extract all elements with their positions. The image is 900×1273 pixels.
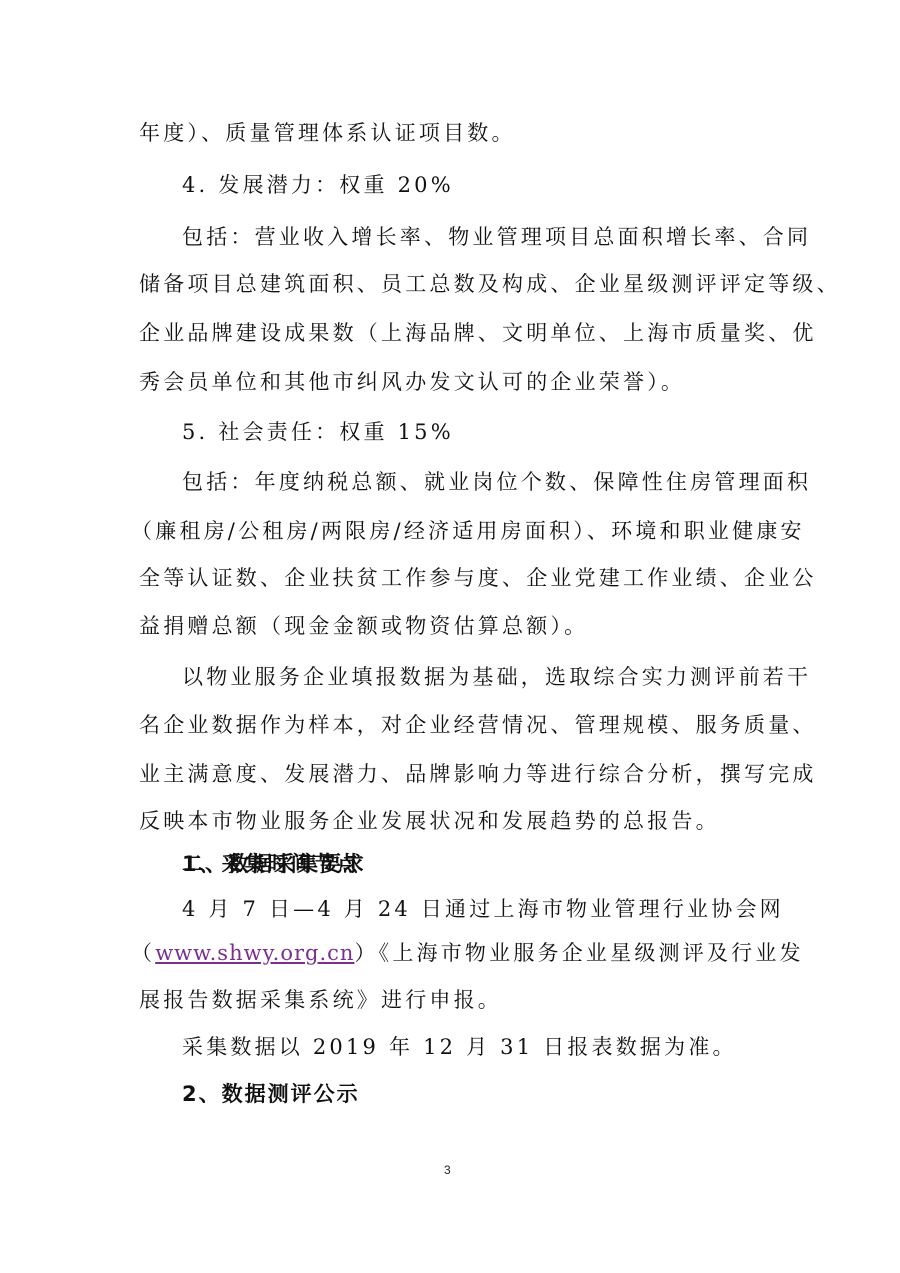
paragraph-line: 企业品牌建设成果数（上海品牌、文明单位、上海市质量奖、优 xyxy=(139,321,817,345)
paragraph-line: 包括：年度纳税总额、就业岗位个数、保障性住房管理面积 xyxy=(182,470,811,494)
line-rest: ）《上海市物业服务企业星级测评及行业发 xyxy=(354,941,803,965)
paragraph-line: 全等认证数、企业扶贫工作参与度、企业党建工作业绩、企业公 xyxy=(139,566,817,590)
paragraph-line: 包括：营业收入增长率、物业管理项目总面积增长率、合同 xyxy=(182,225,811,249)
paragraph-line: 储备项目总建筑面积、员工总数及构成、企业星级测评评定等级、 xyxy=(139,272,841,296)
paragraph-line: 年度）、质量管理体系认证项目数。 xyxy=(139,121,516,145)
website-link[interactable]: www.shwy.org.cn xyxy=(155,941,354,965)
paragraph-line-with-link: （www.shwy.org.cn）《上海市物业服务企业星级测评及行业发 xyxy=(131,941,804,965)
paragraph-line: 展报告数据采集系统》进行申报。 xyxy=(139,988,502,1012)
subsection-title-data-evaluation: 2、数据测评公示 xyxy=(182,1082,360,1106)
paragraph-line: 名企业数据作为样本，对企业经营情况、管理规模、服务质量、 xyxy=(139,713,817,737)
paragraph-line: 反映本市物业服务企业发展状况和发展趋势的总报告。 xyxy=(139,809,720,833)
page-number: 3 xyxy=(444,1163,451,1177)
paragraph-line: 秀会员单位和其他市纠风办发文认可的企业荣誉）。 xyxy=(139,370,685,394)
paragraph-line: 4 月 7 日—4 月 24 日通过上海市物业管理行业协会网 xyxy=(182,897,784,921)
document-page: 年度）、质量管理体系认证项目数。 4. 发展潜力：权重 20% 包括：营业收入增… xyxy=(0,0,900,1273)
paragraph-line: 益捐赠总额（现金金额或物资估算总额）。 xyxy=(139,614,588,638)
paragraph-line: （廉租房/公租房/两限房/经济适用房面积）、环境和职业健康安 xyxy=(131,519,805,543)
section-heading-development-potential: 4. 发展潜力：权重 20% xyxy=(182,173,454,197)
paragraph-line: 采集数据以 2019 年 12 月 31 日报表数据为准。 xyxy=(182,1035,737,1059)
open-paren: （ xyxy=(131,941,155,965)
paragraph-line: 业主满意度、发展潜力、品牌影响力等进行综合分析，撰写完成 xyxy=(139,762,817,786)
paragraph-line: 以物业服务企业填报数据为基础，选取综合实力测评前若干 xyxy=(182,665,811,689)
section-heading-social-responsibility: 5. 社会责任：权重 15% xyxy=(182,420,454,444)
subsection-title-collection-time: 1、采集时间节点 xyxy=(182,852,360,876)
